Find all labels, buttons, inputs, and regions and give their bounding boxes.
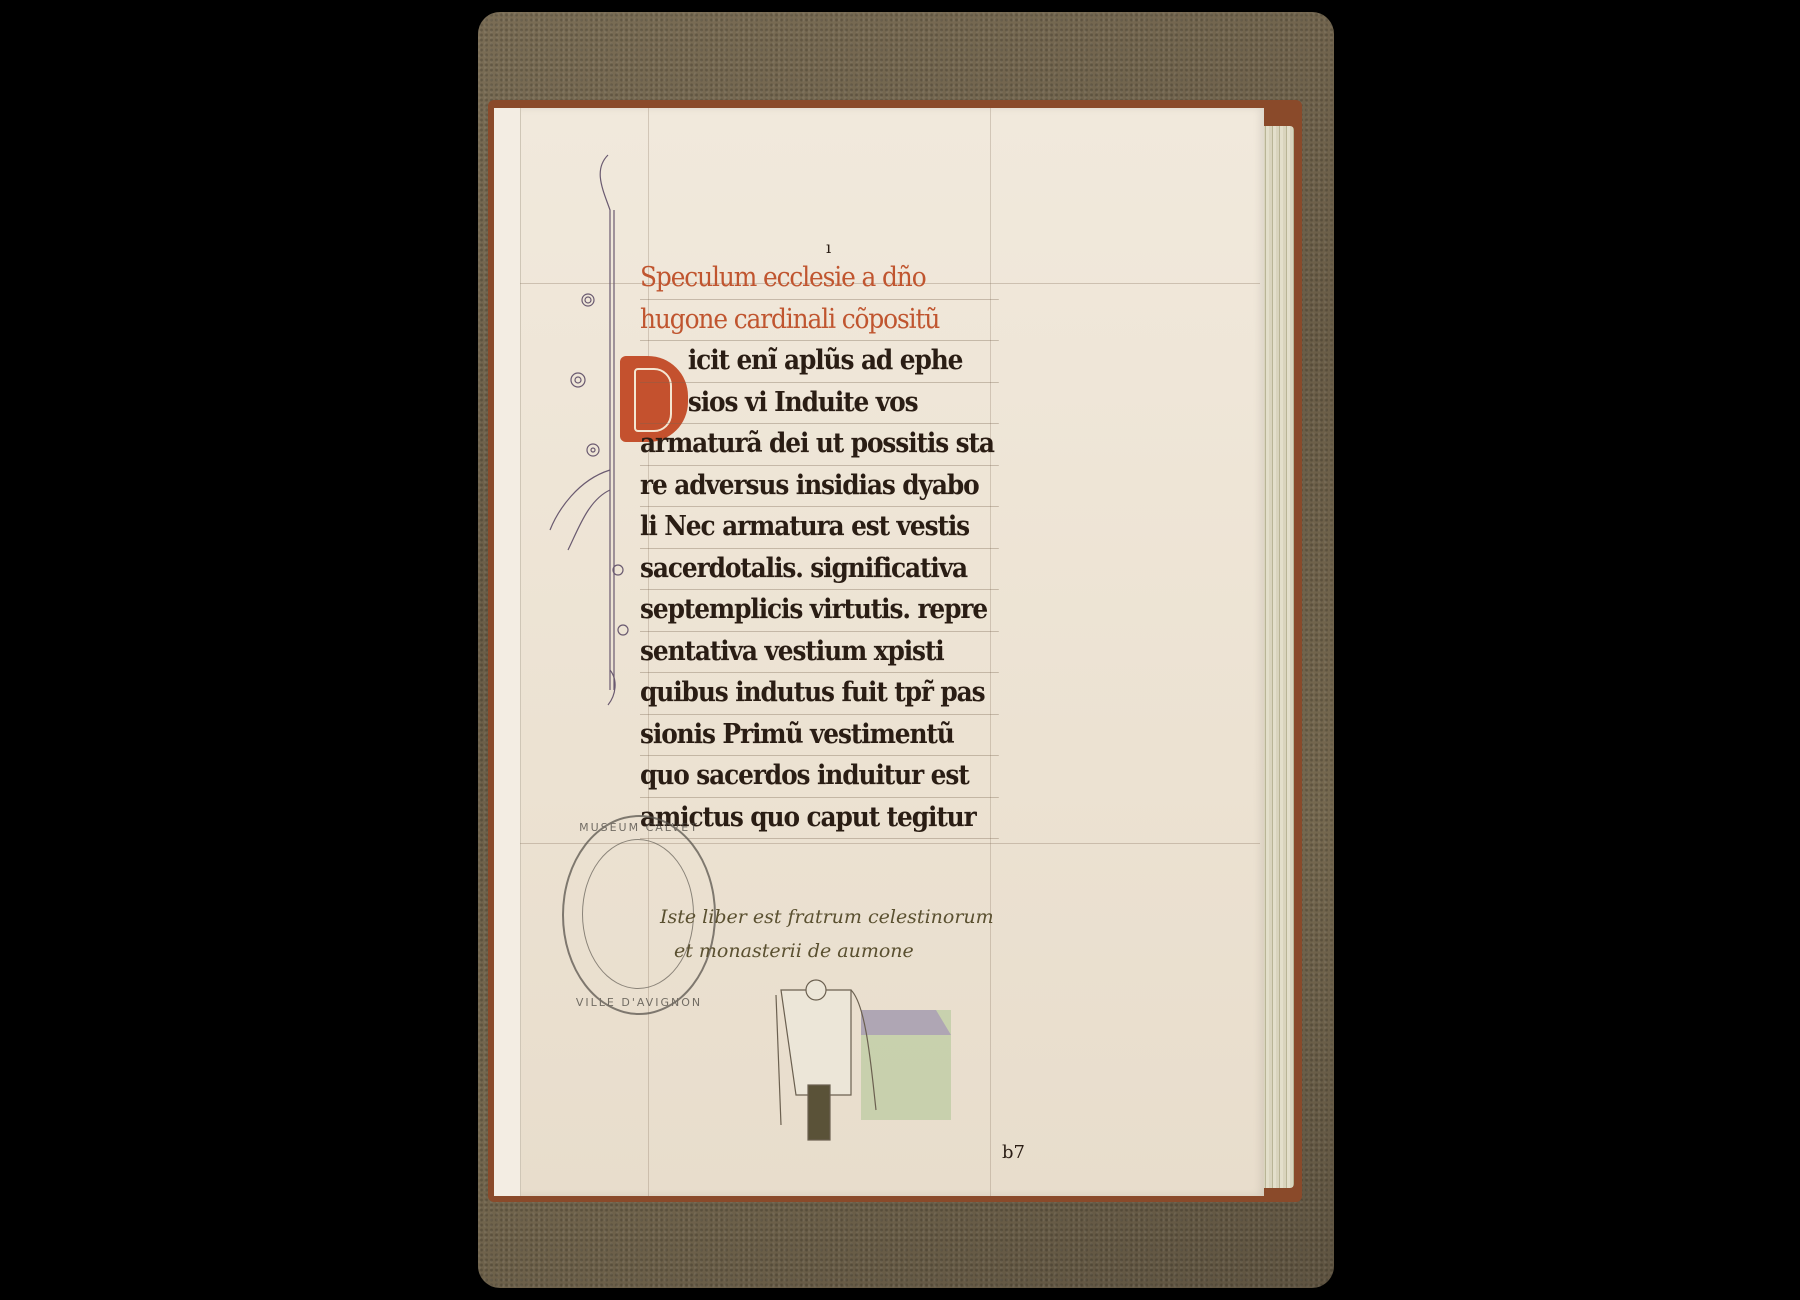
text-line: septemplicis virtutis. repre <box>640 590 999 632</box>
page-edges <box>1262 126 1294 1188</box>
text-line: re adversus insidias dyabo <box>640 466 999 508</box>
rubric-line: Speculum ecclesie a dño <box>640 258 999 300</box>
text-line: icit enĩ aplũs ad ephe <box>640 341 999 383</box>
folio-signature-mark: b7 <box>1002 1142 1025 1163</box>
ownership-inscription: Iste liber est fratrum celestinorum et m… <box>660 900 994 968</box>
gutter-flyleaf <box>494 108 521 1196</box>
inscription-line: Iste liber est fratrum celestinorum <box>660 900 994 934</box>
text-block: Speculum ecclesie a dño hugone cardinali… <box>640 258 1030 839</box>
text-line: sacerdotalis. significativa <box>640 549 999 591</box>
text-line: sentativa vestium xpisti <box>640 632 999 674</box>
text-line: sios vi Induite vos <box>640 383 999 425</box>
rubric-line: hugone cardinali cõpositũ <box>640 300 999 342</box>
stamp-top-text: MUSEUM CALVET <box>564 821 714 834</box>
text-line: quo sacerdos induitur est <box>640 756 999 798</box>
text-line: quibus indutus fuit tpr̃ pas <box>640 673 999 715</box>
priest-vesting-drawing-icon <box>756 975 976 1145</box>
line-marker: ı <box>826 238 831 257</box>
stamp-bottom-text: VILLE D'AVIGNON <box>564 996 714 1009</box>
text-line: li Nec armatura est vestis <box>640 507 999 549</box>
text-line: armaturã dei ut possitis sta <box>640 424 999 466</box>
text-line: sionis Primũ vestimentũ <box>640 715 999 757</box>
inscription-line: et monasterii de aumone <box>660 934 994 968</box>
